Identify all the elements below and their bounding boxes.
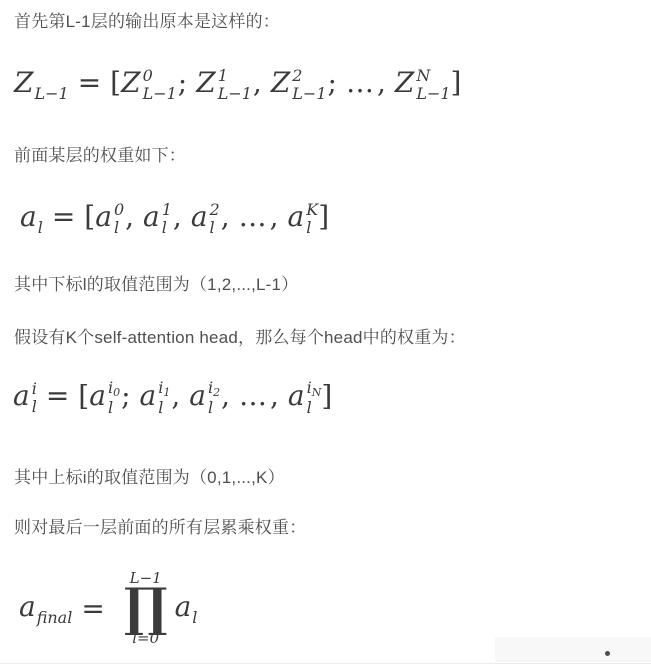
math-term: aKl [288, 200, 319, 233]
equals-sign: = [81, 592, 104, 625]
math-term: aiNl [288, 379, 321, 412]
math-lhs: afinal [19, 590, 72, 627]
separator: , [377, 66, 386, 99]
math-lhs: ail [13, 379, 37, 412]
paragraph-attention-heads: 假设有K个self-attention head，那么每个head中的权重为： [14, 326, 466, 350]
math-term: a1l [143, 200, 172, 233]
formula-layer-weights: al=[a0l,a1l,a2l,…,aKl] [20, 200, 329, 237]
formula-layer-output: ZL−1=[Z0L−1;Z1L−1,Z2L−1;…,ZNL−1] [14, 66, 461, 103]
formula-head-weights: ail=[ai0l;ai1l,ai2l,…,aiNl] [13, 379, 332, 417]
math-term: a0l [95, 200, 124, 233]
close-bracket: ] [321, 379, 332, 412]
product-symbol: ∏ [124, 587, 168, 630]
separator: , [173, 200, 182, 233]
math-term: Z2L−1 [271, 66, 327, 99]
separator: , [221, 379, 230, 412]
math-term: ai1l [140, 379, 171, 412]
math-term: ZNL−1 [395, 66, 451, 99]
ellipsis: … [239, 379, 268, 412]
equals-sign: = [46, 379, 69, 412]
math-term: ai0l [89, 379, 120, 412]
math-rhs: al [175, 590, 198, 627]
separator: , [270, 379, 279, 412]
equals-sign: = [78, 66, 101, 99]
separator: , [253, 66, 262, 99]
product-lower-limit: l=0 [132, 630, 159, 647]
paragraph-intro-output: 首先第L-1层的输出原本是这样的： [14, 10, 280, 34]
separator: ; [178, 66, 187, 99]
close-bracket: ] [318, 200, 329, 233]
separator: , [171, 379, 180, 412]
separator: , [221, 200, 230, 233]
separator: ; [121, 379, 130, 412]
ellipsis: … [346, 66, 375, 99]
ellipsis: … [239, 200, 268, 233]
article-page: 首先第L-1层的输出原本是这样的： ZL−1=[Z0L−1;Z1L−1,Z2L−… [0, 0, 651, 668]
math-term: a2l [191, 200, 220, 233]
math-lhs: ZL−1 [14, 66, 69, 99]
paragraph-subscript-range: 其中下标l的取值范围为（1,2,...,L-1） [14, 273, 298, 297]
math-term: ai2l [189, 379, 220, 412]
paragraph-prev-layer-weights: 前面某层的权重如下： [14, 144, 186, 168]
product-operator: L−1 ∏ l=0 [124, 570, 168, 647]
math-lhs: al [20, 200, 43, 233]
open-bracket: [ [78, 379, 89, 412]
watermark-band [495, 637, 651, 662]
bottom-divider [0, 663, 651, 664]
paragraph-cumulative-product: 则对最后一层前面的所有层累乘权重： [14, 516, 306, 540]
close-bracket: ] [451, 66, 462, 99]
separator: , [125, 200, 134, 233]
math-term: Z1L−1 [196, 66, 252, 99]
separator: ; [328, 66, 337, 99]
separator: , [270, 200, 279, 233]
watermark-dot [605, 651, 610, 656]
open-bracket: [ [84, 200, 95, 233]
paragraph-superscript-range: 其中上标i的取值范围为（0,1,...,K） [14, 466, 285, 490]
math-term: Z0L−1 [121, 66, 177, 99]
open-bracket: [ [110, 66, 121, 99]
equals-sign: = [52, 200, 75, 233]
formula-final-weight: afinal = L−1 ∏ l=0 al [19, 570, 197, 647]
